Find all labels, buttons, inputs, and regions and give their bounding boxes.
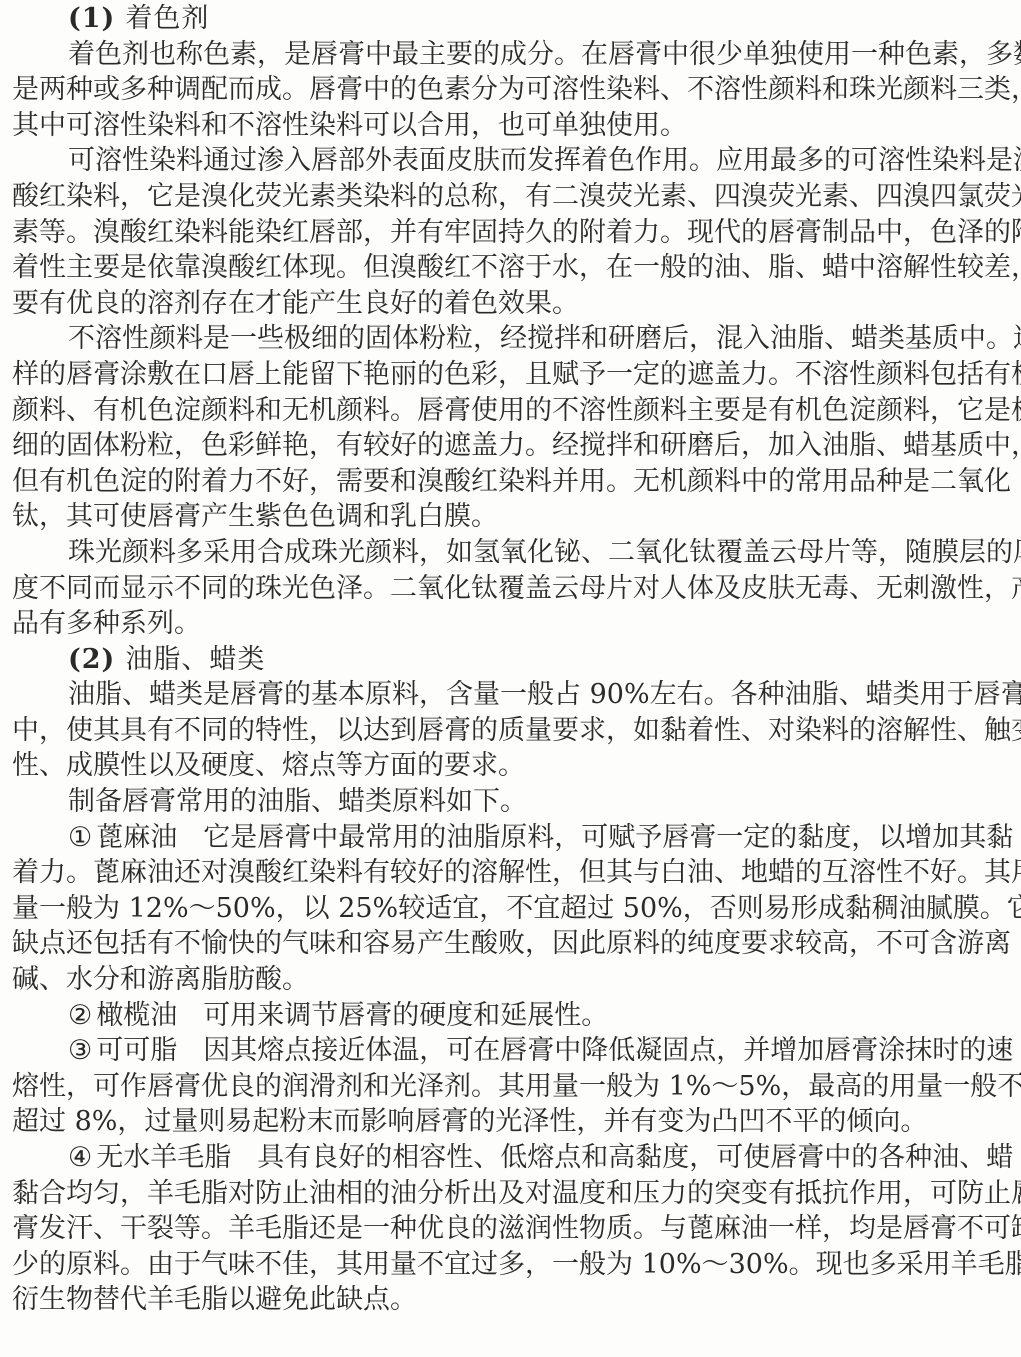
- text-line: 性、成膜性以及硬度、熔点等方面的要求。: [12, 748, 1008, 784]
- text-line: 中，使其具有不同的特性，以达到唇膏的质量要求，如黏着性、对染料的溶解性、触变: [12, 713, 1008, 749]
- text-line: 制备唇膏常用的油脂、蜡类原料如下。: [12, 784, 1008, 820]
- section-heading-colorants: (1)着色剂: [12, 1, 1008, 37]
- item-term: 无水羊毛脂: [96, 1140, 231, 1176]
- text-line: 品有多种系列。: [12, 606, 1008, 642]
- text-line: 膏发汗、干裂等。羊毛脂还是一种优良的滋润性物质。与蓖麻油一样，均是唇膏不可缺: [12, 1211, 1008, 1247]
- text-line: 着力。蓖麻油还对溴酸红染料有较好的溶解性，但其与白油、地蜡的互溶性不好。其用: [12, 855, 1008, 891]
- text-line: 黏合均匀，羊毛脂对防止油相的油分析出及对温度和压力的突变有抵抗作用，可防止唇: [12, 1176, 1008, 1212]
- text-line: 油脂、蜡类是唇膏的基本原料，含量一般占 90%左右。各种油脂、蜡类用于唇膏: [12, 677, 1008, 713]
- text-line: ② 橄榄油 可用来调节唇膏的硬度和延展性。: [12, 998, 1008, 1034]
- section-title: 油脂、蜡类: [125, 644, 265, 675]
- section-heading-oils-waxes: (2)油脂、蜡类: [12, 642, 1008, 678]
- text-line: 其中可溶性染料和不溶性染料可以合用，也可单独使用。: [12, 108, 1008, 144]
- paragraph-colorant-intro: 着色剂也称色素，是唇膏中最主要的成分。在唇膏中很少单独使用一种色素，多数 是两种…: [12, 37, 1008, 144]
- text-line: 着性主要是依靠溴酸红体现。但溴酸红不溶于水，在一般的油、脂、蜡中溶解性较差，: [12, 250, 1008, 286]
- text-line: 钛，其可使唇膏产生紫色色调和乳白膜。: [12, 499, 1008, 535]
- item-term: 橄榄油: [96, 998, 177, 1034]
- document-page: (1)着色剂 着色剂也称色素，是唇膏中最主要的成分。在唇膏中很少单独使用一种色素…: [12, 0, 1008, 1318]
- text-line: 碱、水分和游离脂肪酸。: [12, 962, 1008, 998]
- item-first-line: 具有良好的相容性、低熔点和高黏度，可使唇膏中的各种油、蜡: [257, 1140, 1013, 1176]
- item-marker: ②: [68, 998, 92, 1034]
- list-item-castor-oil: ① 蓖麻油 它是唇膏中最常用的油脂原料，可赋予唇膏一定的黏度，以增加其黏 着力。…: [12, 820, 1008, 998]
- paragraph-pearlescent-pigments: 珠光颜料多采用合成珠光颜料，如氢氧化铋、二氧化钛覆盖云母片等，随膜层的厚 度不同…: [12, 535, 1008, 642]
- text-line: 素等。溴酸红染料能染红唇部，并有牢固持久的附着力。现代的唇膏制品中，色泽的附: [12, 215, 1008, 251]
- text-line: 酸红染料，它是溴化荧光素类染料的总称，有二溴荧光素、四溴荧光素、四溴四氯荧光: [12, 179, 1008, 215]
- text-line: 但有机色淀的附着力不好，需要和溴酸红染料并用。无机颜料中的常用品种是二氧化: [12, 464, 1008, 500]
- text-line: 样的唇膏涂敷在口唇上能留下艳丽的色彩，且赋予一定的遮盖力。不溶性颜料包括有机: [12, 357, 1008, 393]
- paragraph-raw-materials-lead: 制备唇膏常用的油脂、蜡类原料如下。: [12, 784, 1008, 820]
- paragraph-oils-intro: 油脂、蜡类是唇膏的基本原料，含量一般占 90%左右。各种油脂、蜡类用于唇膏 中，…: [12, 677, 1008, 784]
- item-marker: ④: [68, 1140, 92, 1176]
- text-line: 是两种或多种调配而成。唇膏中的色素分为可溶性染料、不溶性颜料和珠光颜料三类，: [12, 72, 1008, 108]
- text-line: 要有优良的溶剂存在才能产生良好的着色效果。: [12, 286, 1008, 322]
- text-line: 超过 8%，过量则易起粉末而影响唇膏的光泽性，并有变为凸凹不平的倾向。: [12, 1104, 1008, 1140]
- text-line: 细的固体粉粒，色彩鲜艳，有较好的遮盖力。经搅拌和研磨后，加入油脂、蜡基质中，: [12, 428, 1008, 464]
- text-line: ① 蓖麻油 它是唇膏中最常用的油脂原料，可赋予唇膏一定的黏度，以增加其黏: [12, 820, 1008, 856]
- text-line: 珠光颜料多采用合成珠光颜料，如氢氧化铋、二氧化钛覆盖云母片等，随膜层的厚: [12, 535, 1008, 571]
- text-line: 缺点还包括有不愉快的气味和容易产生酸败，因此原料的纯度要求较高，不可含游离: [12, 926, 1008, 962]
- item-first-line: 它是唇膏中最常用的油脂原料，可赋予唇膏一定的黏度，以增加其黏: [203, 820, 1013, 856]
- item-marker: ③: [68, 1033, 92, 1069]
- section-number: (1): [68, 3, 115, 34]
- text-line: 少的原料。由于气味不佳，其用量不宜过多，一般为 10%～30%。现也多采用羊毛脂: [12, 1247, 1008, 1283]
- text-line: 着色剂也称色素，是唇膏中最主要的成分。在唇膏中很少单独使用一种色素，多数: [12, 37, 1008, 73]
- item-marker: ①: [68, 820, 92, 856]
- paragraph-soluble-dyes: 可溶性染料通过渗入唇部外表面皮肤而发挥着色作用。应用最多的可溶性染料是溴 酸红染…: [12, 143, 1008, 321]
- text-line: 颜料、有机色淀颜料和无机颜料。唇膏使用的不溶性颜料主要是有机色淀颜料，它是极: [12, 393, 1008, 429]
- item-first-line: 可用来调节唇膏的硬度和延展性。: [203, 998, 608, 1034]
- text-line: 可溶性染料通过渗入唇部外表面皮肤而发挥着色作用。应用最多的可溶性染料是溴: [12, 143, 1008, 179]
- text-line: 度不同而显示不同的珠光色泽。二氧化钛覆盖云母片对人体及皮肤无毒、无刺激性，产: [12, 571, 1008, 607]
- section-number: (2): [68, 644, 115, 675]
- item-term: 蓖麻油: [96, 820, 177, 856]
- section-title: 着色剂: [125, 3, 209, 34]
- text-line: ④ 无水羊毛脂 具有良好的相容性、低熔点和高黏度，可使唇膏中的各种油、蜡: [12, 1140, 1008, 1176]
- item-term: 可可脂: [96, 1033, 177, 1069]
- list-item-anhydrous-lanolin: ④ 无水羊毛脂 具有良好的相容性、低熔点和高黏度，可使唇膏中的各种油、蜡 黏合均…: [12, 1140, 1008, 1318]
- text-line: 不溶性颜料是一些极细的固体粉粒，经搅拌和研磨后，混入油脂、蜡类基质中。这: [12, 321, 1008, 357]
- list-item-cocoa-butter: ③ 可可脂 因其熔点接近体温，可在唇膏中降低凝固点，并增加唇膏涂抹时的速 熔性，…: [12, 1033, 1008, 1140]
- text-line: 量一般为 12%～50%，以 25%较适宜，不宜超过 50%，否则易形成黏稠油腻…: [12, 891, 1008, 927]
- text-line: 衍生物替代羊毛脂以避免此缺点。: [12, 1282, 1008, 1318]
- text-line: 熔性，可作唇膏优良的润滑剂和光泽剂。其用量一般为 1%～5%，最高的用量一般不: [12, 1069, 1008, 1105]
- paragraph-insoluble-pigments: 不溶性颜料是一些极细的固体粉粒，经搅拌和研磨后，混入油脂、蜡类基质中。这 样的唇…: [12, 321, 1008, 535]
- item-first-line: 因其熔点接近体温，可在唇膏中降低凝固点，并增加唇膏涂抹时的速: [203, 1033, 1013, 1069]
- text-line: ③ 可可脂 因其熔点接近体温，可在唇膏中降低凝固点，并增加唇膏涂抹时的速: [12, 1033, 1008, 1069]
- list-item-olive-oil: ② 橄榄油 可用来调节唇膏的硬度和延展性。: [12, 998, 1008, 1034]
